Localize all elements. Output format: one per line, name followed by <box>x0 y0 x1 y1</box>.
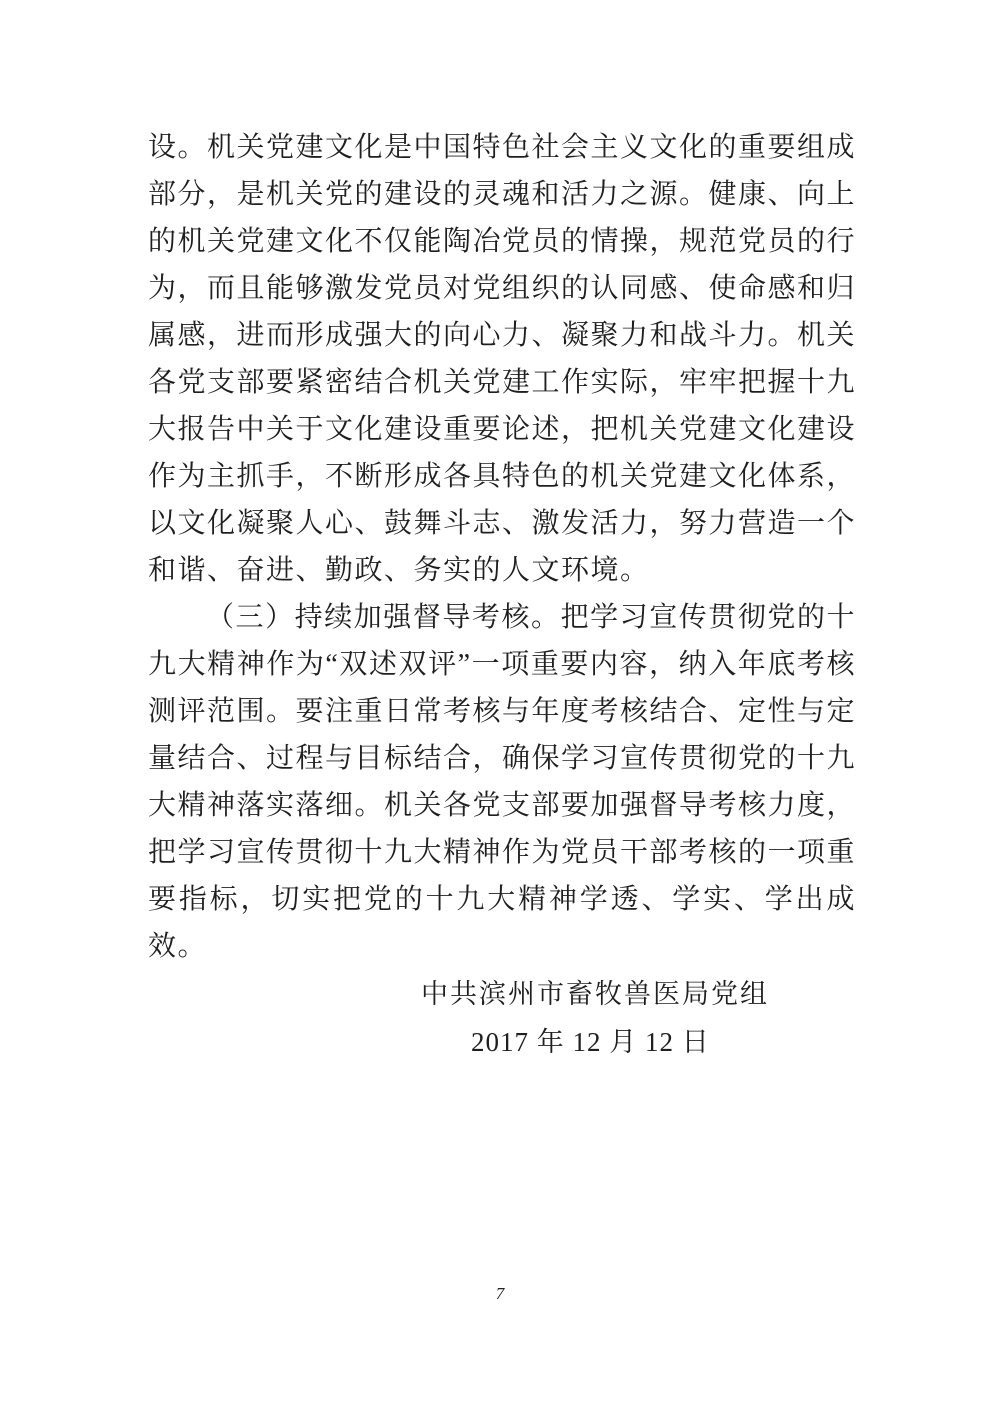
page-number: 7 <box>0 1284 1000 1304</box>
body-paragraph-continuation: 设。机关党建文化是中国特色社会主义文化的重要组成部分，是机关党的建设的灵魂和活力… <box>148 124 856 594</box>
signature-date: 2017 年 12 月 12 日 <box>471 1026 710 1058</box>
document-body: 设。机关党建文化是中国特色社会主义文化的重要组成部分，是机关党的建设的灵魂和活力… <box>148 124 856 970</box>
document-page: 设。机关党建文化是中国特色社会主义文化的重要组成部分，是机关党的建设的灵魂和活力… <box>0 0 1000 1414</box>
body-paragraph-section-three: （三）持续加强督导考核。把学习宣传贯彻党的十九大精神作为“双述双评”一项重要内容… <box>148 594 856 970</box>
signature-organization: 中共滨州市畜牧兽医局党组 <box>421 978 769 1010</box>
